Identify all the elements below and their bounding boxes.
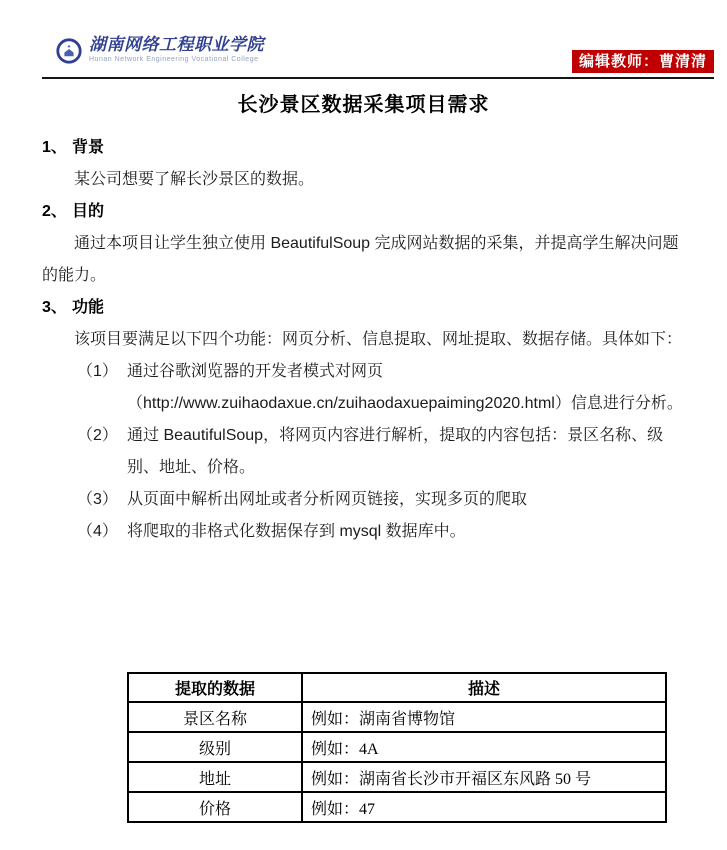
college-logo: 湖南网络工程职业学院 Hunan Network Engineering Voc… xyxy=(56,34,264,64)
section-heading-background: 1、 背景 xyxy=(42,132,685,164)
list-item: （1） 通过谷歌浏览器的开发者模式对网页（http://www.zuihaoda… xyxy=(42,356,685,420)
list-item: （3） 从页面中解析出网址或者分析网页链接，实现多页的爬取 xyxy=(42,484,685,516)
document-page: 湖南网络工程职业学院 Hunan Network Engineering Voc… xyxy=(0,0,727,850)
section-number: 2、 xyxy=(42,196,72,228)
page-header: 湖南网络工程职业学院 Hunan Network Engineering Voc… xyxy=(42,24,714,79)
section-heading-functions: 3、 功能 xyxy=(42,292,685,324)
table-cell-field: 价格 xyxy=(128,792,302,822)
table-row: 价格 例如：47 xyxy=(128,792,666,822)
editor-badge: 编辑教师：曹清清 xyxy=(572,50,714,73)
list-marker: （1） xyxy=(77,356,118,388)
table-cell-example: 例如：湖南省长沙市开福区东风路 50 号 xyxy=(302,762,666,792)
table-cell-field: 景区名称 xyxy=(128,702,302,732)
list-item: （2） 通过 BeautifulSoup，将网页内容进行解析，提取的内容包括：景… xyxy=(42,420,685,484)
table-header-extracted-data: 提取的数据 xyxy=(128,673,302,702)
requirements-table: 提取的数据 描述 景区名称 例如：湖南省博物馆 级别 例如：4A 地址 例如：湖… xyxy=(127,672,667,823)
list-marker: （3） xyxy=(77,484,118,516)
section-paragraph: 该项目要满足以下四个功能：网页分析、信息提取、网址提取、数据存储。具体如下： xyxy=(42,324,685,356)
list-item: （4） 将爬取的非格式化数据保存到 mysql 数据库中。 xyxy=(42,516,685,548)
section-heading-purpose: 2、 目的 xyxy=(42,196,685,228)
section-paragraph: 某公司想要了解长沙景区的数据。 xyxy=(42,164,685,196)
table-header-row: 提取的数据 描述 xyxy=(128,673,666,702)
college-name: 湖南网络工程职业学院 xyxy=(89,34,264,56)
table-cell-field: 地址 xyxy=(128,762,302,792)
table-header-description: 描述 xyxy=(302,673,666,702)
college-emblem-icon xyxy=(56,38,82,64)
table-row: 景区名称 例如：湖南省博物馆 xyxy=(128,702,666,732)
section-title: 背景 xyxy=(72,132,104,164)
section-number: 1、 xyxy=(42,132,72,164)
college-name-en: Hunan Network Engineering Vocational Col… xyxy=(89,56,264,64)
table-cell-field: 级别 xyxy=(128,732,302,762)
page-title: 长沙景区数据采集项目需求 xyxy=(0,88,727,117)
table-row: 级别 例如：4A xyxy=(128,732,666,762)
section-number: 3、 xyxy=(42,292,72,324)
table-cell-example: 例如：4A xyxy=(302,732,666,762)
list-item-text: 通过 BeautifulSoup，将网页内容进行解析，提取的内容包括：景区名称、… xyxy=(127,427,663,476)
section-title: 目的 xyxy=(72,196,104,228)
list-item-text: 将爬取的非格式化数据保存到 mysql 数据库中。 xyxy=(127,523,466,540)
document-body: 1、 背景 某公司想要了解长沙景区的数据。 2、 目的 通过本项目让学生独立使用… xyxy=(42,132,685,548)
college-logo-text: 湖南网络工程职业学院 Hunan Network Engineering Voc… xyxy=(89,34,264,64)
section-paragraph: 通过本项目让学生独立使用 BeautifulSoup 完成网站数据的采集，并提高… xyxy=(42,228,685,292)
table-cell-example: 例如：湖南省博物馆 xyxy=(302,702,666,732)
table-row: 地址 例如：湖南省长沙市开福区东风路 50 号 xyxy=(128,762,666,792)
list-item-text: 从页面中解析出网址或者分析网页链接，实现多页的爬取 xyxy=(127,491,527,508)
table-cell-example: 例如：47 xyxy=(302,792,666,822)
section-title: 功能 xyxy=(72,292,104,324)
list-marker: （2） xyxy=(77,420,118,452)
list-item-text: 通过谷歌浏览器的开发者模式对网页（http://www.zuihaodaxue.… xyxy=(127,363,683,412)
list-marker: （4） xyxy=(77,516,118,548)
